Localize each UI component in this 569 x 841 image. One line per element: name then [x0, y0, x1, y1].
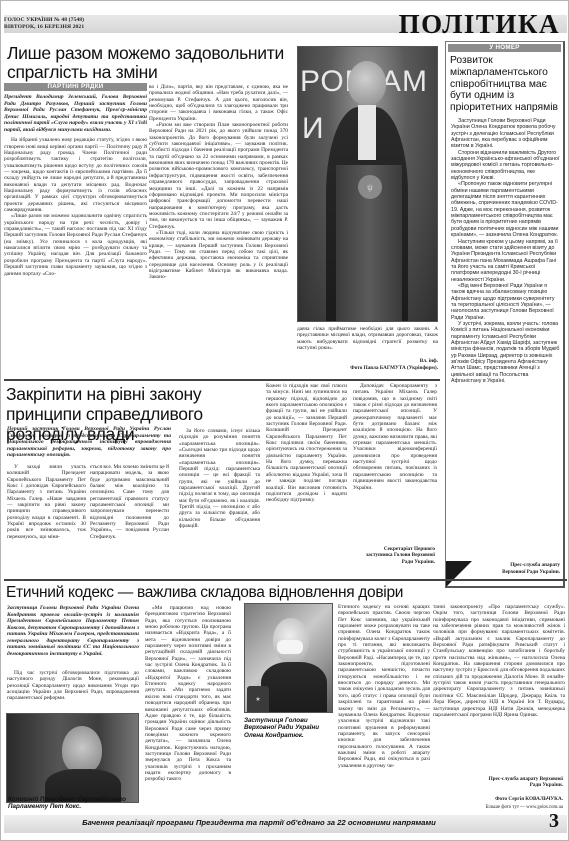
- article2-signature: Секретаріат Першого заступника Голови Ве…: [357, 546, 435, 565]
- sidebar-rubric: У НОМЕР: [448, 44, 561, 52]
- article3-col3: Етичного кодексу на основі кращих європе…: [338, 604, 430, 814]
- stefanchuk-photo: РОГРАМ И ψ: [297, 46, 438, 322]
- divider-1: [4, 379, 440, 381]
- article2-col2: ється все. Ми хочемо змінити це й напрац…: [90, 464, 169, 574]
- article3-col1: Під час зустрічі обговорювалися підготов…: [7, 670, 139, 708]
- article1-photo-credit: Фото Павла БАГМУТА (Укрінформ).: [297, 365, 438, 371]
- section-title: ПОЛІТИКА: [399, 10, 560, 38]
- koks-photo: [6, 713, 139, 803]
- article1-signature: Вл. інф.: [297, 358, 438, 364]
- speaker-head: [348, 61, 386, 105]
- article3-photo-credit: Фото Сергія КОВАЛЬЧУКА.: [441, 796, 563, 802]
- face-mask: [277, 640, 303, 654]
- divider-2: [4, 579, 567, 581]
- article1-rubric: ПАРТІЙНІ РЯДКИ: [4, 83, 147, 91]
- sidebar-body: Заступниця Голови Верховної Ради України…: [446, 118, 563, 384]
- photo-backdrop-letter: И: [302, 112, 325, 146]
- article1-body-col1: На зібранні ухвалено нову редакцію стату…: [4, 137, 147, 277]
- kondratiuk-photo: ★: [244, 603, 333, 713]
- koks-caption: Колишній Президент Європейського Парламе…: [8, 796, 143, 811]
- article3-headline: Етичний кодекс — важлива складова віднов…: [6, 584, 426, 601]
- article2-col4: Кожен із підходів має свої плюси та міну…: [266, 383, 347, 574]
- sidebar-in-this-issue: У НОМЕР Розвиток міжпарламентського спів…: [445, 41, 565, 588]
- speaker-shirt: [358, 105, 376, 160]
- article3-col4: танні законопроекту «Про парламентську с…: [433, 604, 565, 774]
- footer-banner-text: Бачення реалізації програми Президента т…: [4, 818, 514, 827]
- issue-number: ГОЛОС УКРАЇНИ № 48 (7548): [4, 17, 84, 24]
- sidebar-headline: Розвиток міжпарламентського співробітниц…: [450, 55, 560, 114]
- article3-lead: Заступниця Голови Верховної Ради України…: [7, 605, 139, 657]
- koks-head: [62, 726, 102, 774]
- page-curl-decoration: [446, 561, 472, 587]
- page-number: 3: [549, 810, 559, 833]
- article2-col5: Доповідач Європарламенту з питань Україн…: [353, 383, 437, 541]
- masthead-info: ГОЛОС УКРАЇНИ № 48 (7548) ВІВТОРОК, 16 Б…: [4, 17, 84, 30]
- article2-col3: За його словами, існує кілька підходів д…: [179, 428, 260, 574]
- article2-col1: У заході взяли участь колишній Президент…: [7, 464, 86, 574]
- issue-date: ВІВТОРОК, 16 БЕРЕЗНЯ 2021: [4, 24, 84, 31]
- kondratiuk-caption: Заступниця Голови Верховної Ради України…: [244, 717, 336, 739]
- article1-lead: Президент Володимир Зеленський, Голова В…: [4, 94, 147, 133]
- eu-flag-icon: ★: [247, 686, 269, 713]
- kondratiuk-figure: [261, 662, 327, 713]
- article3-signature: Прес-служба апарату Верховної Ради Украї…: [481, 776, 563, 789]
- newspaper-page: ГОЛОС УКРАЇНИ № 48 (7548) ВІВТОРОК, 16 Б…: [0, 0, 569, 841]
- sidebar-signature: Прес-служба апарату Верховної Ради Украї…: [490, 562, 560, 575]
- more-photos-link[interactable]: Більше фото тут — www.golos.com.ua: [441, 805, 563, 811]
- article1-col3: давча гілка прийматиме необхідні для цьо…: [297, 326, 438, 356]
- article1-headline: Лише разом можемо задовольнити спрагліст…: [7, 44, 289, 81]
- trident-emblem-icon: ψ: [358, 175, 382, 199]
- footer-banner: Бачення реалізації програми Президента т…: [4, 815, 567, 833]
- article2-lead: Перший заступник Голови Верховної Ради У…: [7, 426, 171, 459]
- article3-col2: «Ми працюємо над новою брендинговою стра…: [145, 605, 231, 815]
- article1-col1: ПАРТІЙНІ РЯДКИ Президент Володимир Зелен…: [4, 83, 147, 373]
- article1-col2: во і Діло», партія, яку він представляє,…: [149, 84, 288, 374]
